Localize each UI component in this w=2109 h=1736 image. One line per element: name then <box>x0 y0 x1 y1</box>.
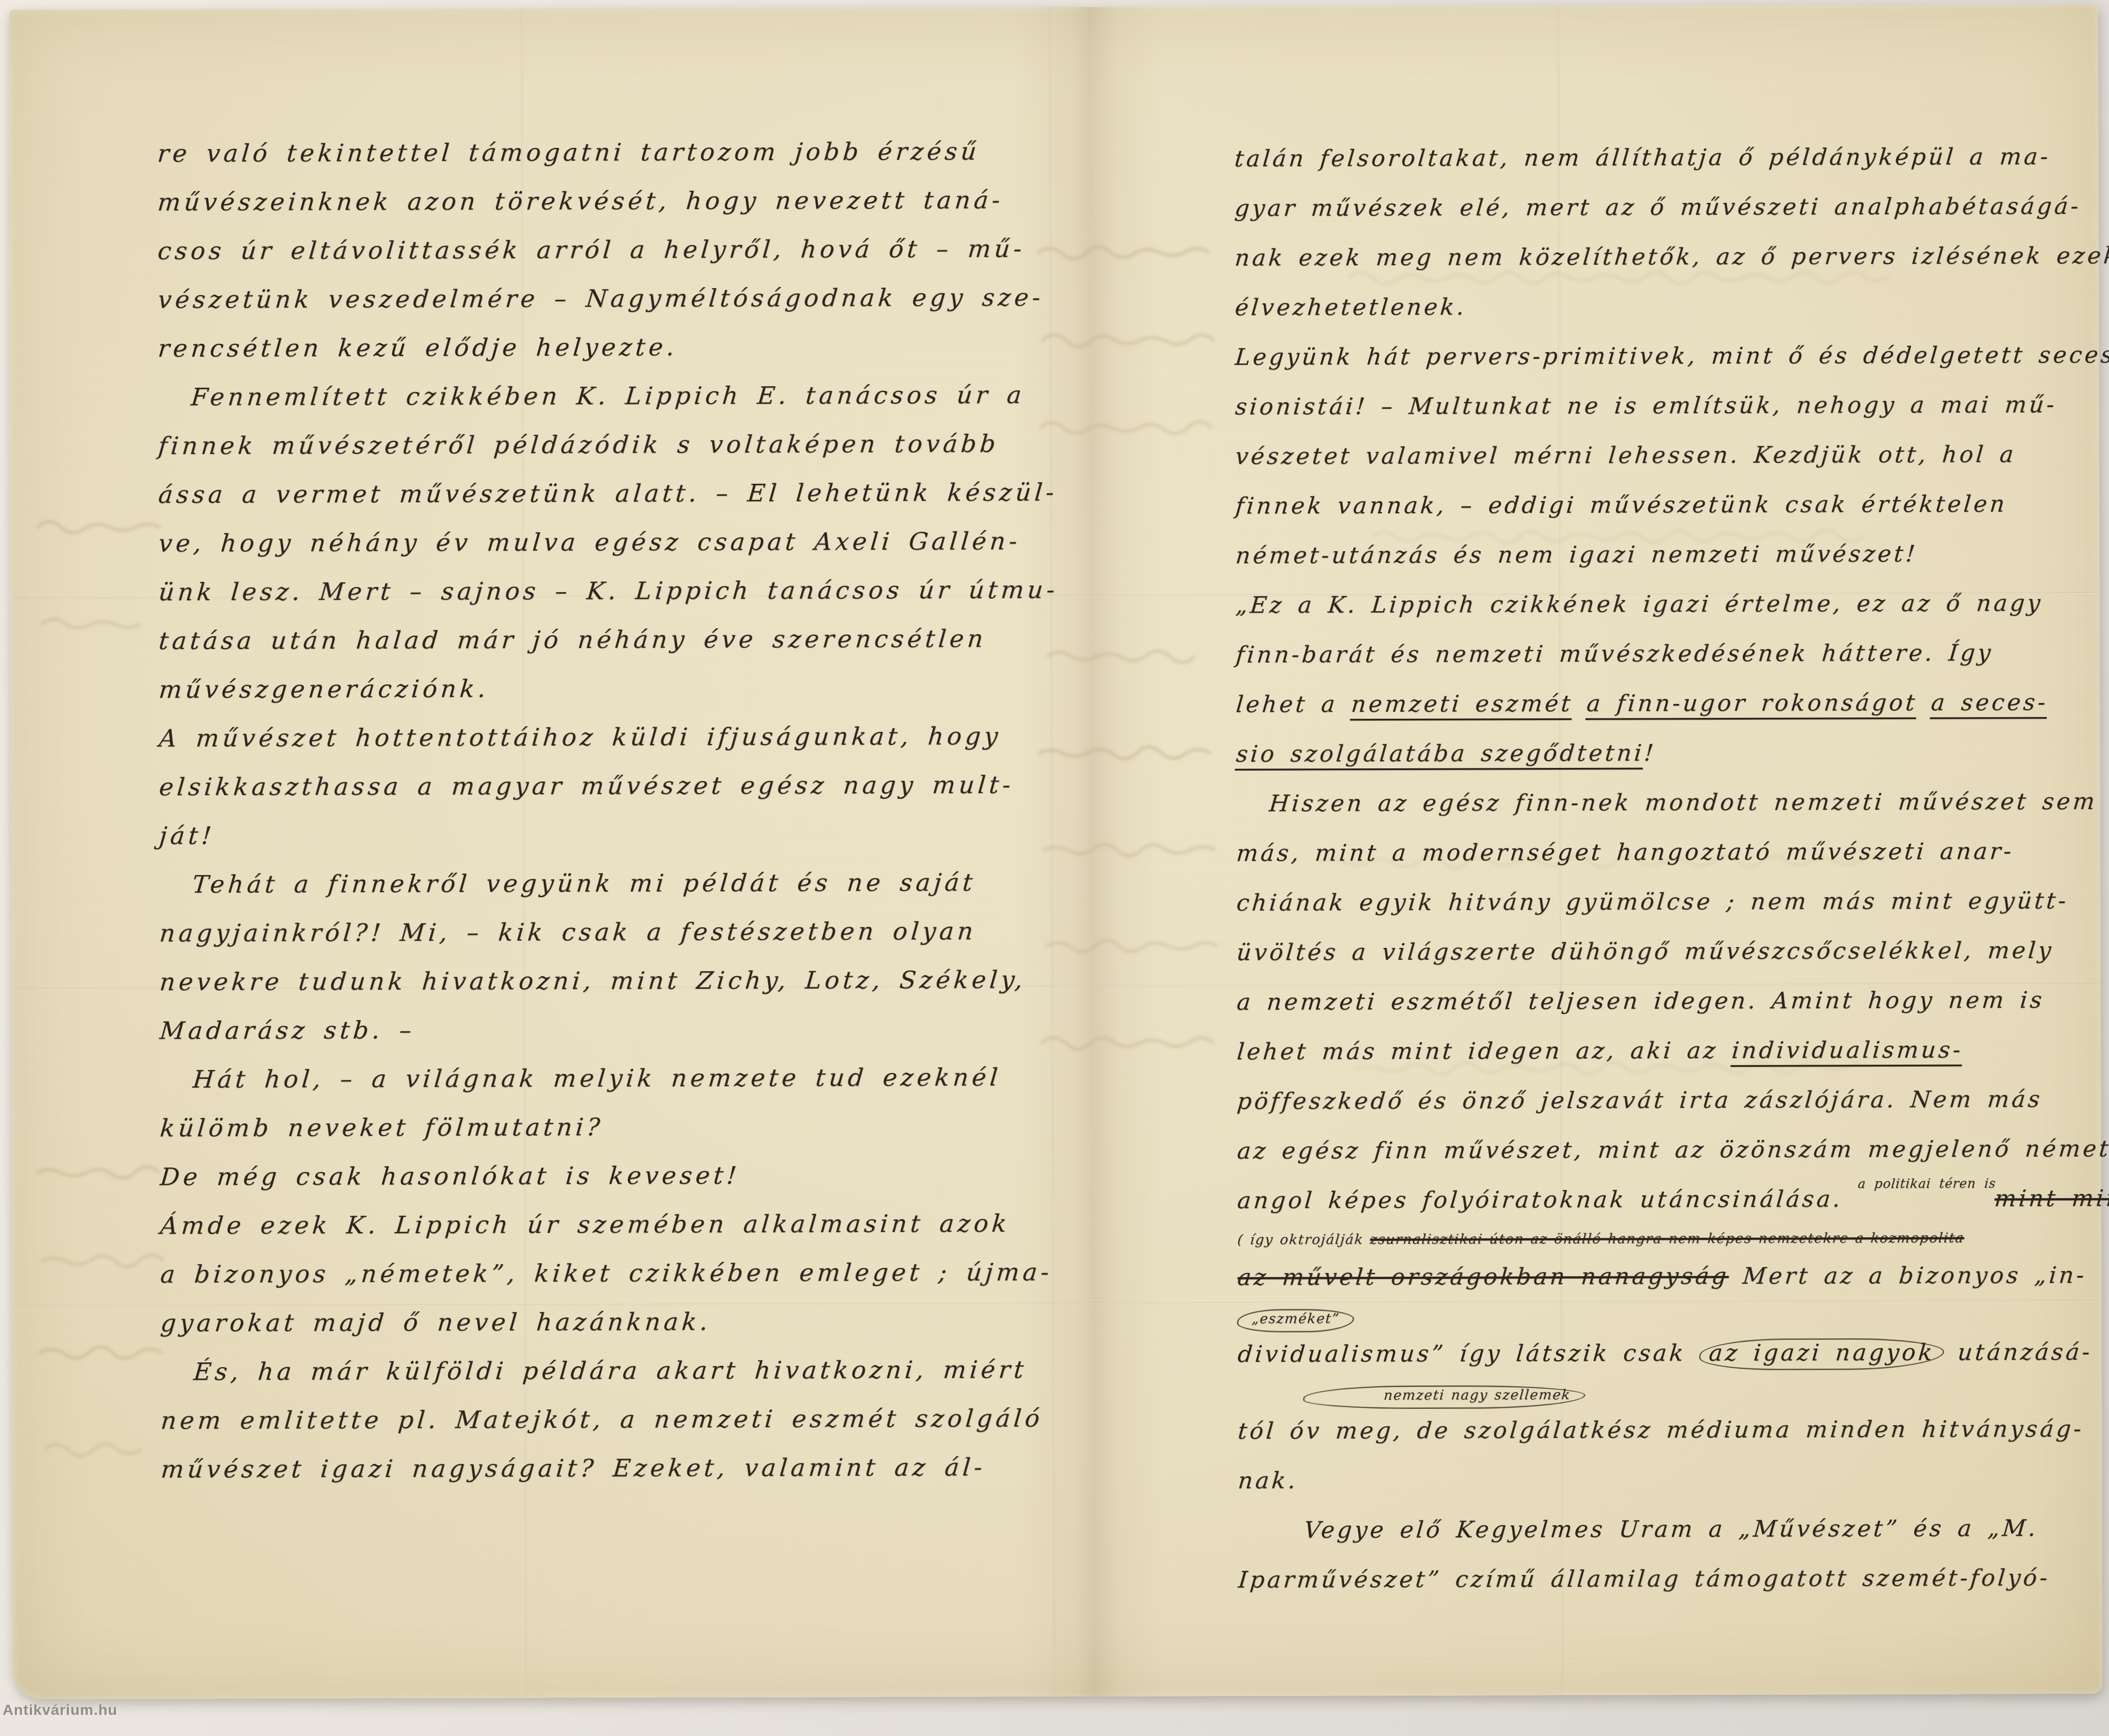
text-segment: Hiszen az egész finn-nek mondott nemzeti… <box>1268 789 2098 817</box>
text-segment: az művelt országokban nanagyság <box>1236 1263 1730 1291</box>
manuscript-line: ássa a vermet művészetünk alatt. – El le… <box>155 479 1053 530</box>
text-segment: művészgenerácziónk. <box>158 674 490 703</box>
manuscript-line: nak ezek meg nem közelíthetők, az ő perv… <box>1232 243 2100 295</box>
manuscript-line: gyar művészek elé, mert az ő művészeti a… <box>1231 194 2100 245</box>
bleedthrough-stroke <box>1040 422 1212 434</box>
bleedthrough-stroke <box>39 1347 162 1358</box>
manuscript-line: Hiszen az egész finn-nek mondott nemzeti… <box>1233 789 2102 841</box>
text-segment: chiának egyik hitvány gyümölcse ; nem má… <box>1235 888 2069 916</box>
text-segment: lehet a <box>1235 691 1353 718</box>
text-segment: ( így oktrojálják <box>1237 1232 1371 1248</box>
manuscript-line: „eszméket” <box>1236 1307 2102 1336</box>
bleedthrough-stroke <box>1041 1037 1213 1049</box>
manuscript-line: ünk lesz. Mert – sajnos – K. Lippich tan… <box>156 576 1053 627</box>
text-segment: Tehát a finnekről vegyünk mi példát és n… <box>191 868 977 898</box>
text-segment: És, ha már külföldi példára akart hivatk… <box>193 1355 1029 1386</box>
text-segment: gyar művészek elé, mert az ő művészeti a… <box>1234 193 2082 222</box>
manuscript-line: művészgenerácziónk. <box>156 674 1053 725</box>
text-segment: „Ez a K. Lippich czikkének igazi értelme… <box>1234 590 2044 619</box>
bleedthrough-stroke <box>1038 747 1210 759</box>
manuscript-line: művészet igazi nagyságait? Ezeket, valam… <box>158 1454 1055 1505</box>
text-segment: nemzeti eszmét <box>1350 691 1574 717</box>
text-segment: ássa a vermet művészetünk alatt. – El le… <box>157 478 1058 508</box>
text-segment: individualismus- <box>1731 1037 1964 1064</box>
text-segment: a nemzeti eszmétől teljesen idegen. Amin… <box>1236 987 2046 1016</box>
text-segment: külömb neveket fölmutatni? <box>159 1113 605 1142</box>
text-segment: talán felsoroltakat, nem állíthatja ő pé… <box>1234 144 2052 172</box>
text-segment: az egész finn művészet, mint az özönszám… <box>1236 1136 2109 1164</box>
text-segment: zsurnalisztikai úton az önálló hangra ne… <box>1369 1230 1965 1248</box>
text-segment: művészet igazi nagyságait? Ezeket, valam… <box>160 1453 987 1483</box>
manuscript-line: nak. <box>1235 1466 2103 1518</box>
bleedthrough-stroke <box>1042 335 1214 347</box>
text-segment: ! <box>1643 740 1657 766</box>
manuscript-line: élvezhetetlenek. <box>1232 293 2100 345</box>
manuscript-line: más, mint a modernséget hangoztató művés… <box>1233 839 2102 890</box>
manuscript-line: ve, hogy néhány év mulva egész csapat Ax… <box>156 528 1053 579</box>
text-segment: A művészet hottentottáihoz küldi ifjuság… <box>158 722 1003 752</box>
text-segment: élvezhetetlenek. <box>1234 294 1468 321</box>
manuscript-line: Tehát a finnekről vegyünk mi példát és n… <box>157 869 1054 920</box>
text-segment: angol képes folyóiratoknak utáncsinálása… <box>1236 1186 1858 1214</box>
text-segment: tatása után halad már jó néhány éve szer… <box>158 624 988 655</box>
manuscript-line: Vegye elő Kegyelmes Uram a „Művészet” és… <box>1235 1516 2103 1567</box>
bleedthrough-stroke <box>41 1255 164 1267</box>
text-segment: utánzásá- <box>1943 1339 2093 1366</box>
text-segment: nevekre tudunk hivatkozni, mint Zichy, L… <box>158 965 1027 996</box>
manuscript-line: Iparművészet” czímű államilag támogatott… <box>1235 1565 2104 1617</box>
manuscript-line: És, ha már külföldi példára akart hivatk… <box>158 1356 1055 1407</box>
bleedthrough-stroke <box>1037 246 1209 259</box>
text-segment: nemzeti nagy szellemek <box>1302 1385 1586 1409</box>
text-segment: sionistái! – Multunkat ne is említsük, n… <box>1234 392 2058 420</box>
manuscript-line: A művészet hottentottáihoz küldi ifjuság… <box>156 723 1054 774</box>
text-segment: mint mindenütt <box>1994 1185 2109 1212</box>
scanned-manuscript-photo: { "watermark": "Antikvárium.hu", "colors… <box>0 0 2109 1736</box>
bleedthrough-stroke <box>36 1167 159 1178</box>
bleedthrough-stroke <box>1043 844 1215 856</box>
manuscript-line: vészetünk veszedelmére – Nagyméltóságodn… <box>155 284 1052 335</box>
text-segment: német-utánzás és nem igazi nemzeti művés… <box>1234 541 1918 569</box>
manuscript-line: Hát hol, – a világnak melyik nemzete tud… <box>157 1064 1054 1115</box>
manuscript-line: sionistái! – Multunkat ne is említsük, n… <box>1232 392 2101 444</box>
text-segment: Legyünk hát pervers-primitivek, mint ő é… <box>1234 342 2109 371</box>
manuscript-line: angol képes folyóiratoknak utáncsinálása… <box>1234 1186 2102 1238</box>
text-segment: rencsétlen kezű elődje helyezte. <box>157 333 679 362</box>
text-segment: Hát hol, – a világnak melyik nemzete tud… <box>192 1063 1002 1093</box>
manuscript-line: művészeinknek azon törekvését, hogy neve… <box>155 187 1052 238</box>
text-segment: Mert az a bizonyos „in- <box>1728 1262 2088 1289</box>
manuscript-line: nagyjainkról?! Mi, – kik csak a festésze… <box>157 918 1054 969</box>
manuscript-line: ját! <box>156 820 1054 871</box>
text-segment: De még csak hasonlókat is keveset! <box>159 1161 741 1191</box>
text-segment: „eszméket” <box>1236 1309 1355 1332</box>
manuscript-line: nemzeti nagy szellemek <box>1236 1384 2102 1413</box>
manuscript-line: nevekre tudunk hivatkozni, mint Zichy, L… <box>157 966 1054 1017</box>
manuscript-line: chiának egyik hitvány gyümölcse ; nem má… <box>1234 888 2102 940</box>
manuscript-line: német-utánzás és nem igazi nemzeti művés… <box>1233 541 2101 593</box>
page-left-text-column: re való tekintettel támogatni tartozom j… <box>157 138 1054 1505</box>
text-segment: vészetet valamivel mérni lehessen. Kezdj… <box>1234 441 2017 470</box>
text-segment: ve, hogy néhány év mulva egész csapat Ax… <box>158 527 1022 557</box>
text-segment: lehet más mint idegen az, aki az <box>1236 1037 1733 1065</box>
manuscript-line: pöffeszkedő és önző jelszavát irta zászl… <box>1234 1087 2102 1138</box>
bleedthrough-stroke <box>42 619 140 628</box>
text-segment: más, mint a modernséget hangoztató művés… <box>1235 838 2015 867</box>
text-segment: Fennemlített czikkében K. Lippich E. tan… <box>190 381 1026 411</box>
manuscript-line: tól óv meg, de szolgálatkész médiuma min… <box>1235 1416 2103 1468</box>
manuscript-line: külömb neveket fölmutatni? <box>157 1113 1054 1163</box>
text-segment: sio szolgálatába szegődtetni <box>1235 740 1645 767</box>
text-segment: üvöltés a világszerte dühöngő művészcsőc… <box>1235 937 2055 966</box>
manuscript-line: csos úr eltávolittassék arról a helyről,… <box>155 235 1052 286</box>
bleedthrough-stroke <box>37 521 160 533</box>
manuscript-line: De még csak hasonlókat is keveset! <box>157 1161 1054 1212</box>
text-segment: gyarokat majd ő nevel hazánknak. <box>159 1307 712 1337</box>
text-segment: nagyjainkról?! Mi, – kik csak a festésze… <box>158 917 978 947</box>
manuscript-line: finnek művészetéről példázódik s voltaké… <box>155 430 1053 481</box>
manuscript-line: dividualismus” így látszik csak az igazi… <box>1234 1340 2103 1391</box>
manuscript-line: re való tekintettel támogatni tartozom j… <box>155 138 1052 189</box>
text-segment: a bizonyos „németek”, kiket czikkében em… <box>159 1258 1054 1288</box>
manuscript-line: sio szolgálatába szegődtetni! <box>1233 739 2102 791</box>
manuscript-line: lehet más mint idegen az, aki az individ… <box>1234 1037 2102 1089</box>
bleedthrough-stroke <box>1047 651 1195 663</box>
text-segment: vészetünk veszedelmére – Nagyméltóságodn… <box>157 283 1045 313</box>
manuscript-line: az művelt országokban nanagyság Mert az … <box>1234 1263 2103 1315</box>
text-segment: finnek vannak, – eddigi művészetünk csak… <box>1234 491 2008 519</box>
text-segment: Iparművészet” czímű államilag támogatott… <box>1237 1565 2051 1593</box>
text-segment: az igazi nagyok <box>1698 1338 1945 1370</box>
manuscript-line: Madarász stb. – <box>157 1015 1054 1066</box>
manuscript-line: Fennemlített czikkében K. Lippich E. tan… <box>155 382 1053 432</box>
text-segment: a finn-ugor rokonságot <box>1586 690 1918 717</box>
text-segment <box>1572 691 1588 717</box>
text-segment: ját! <box>158 821 216 850</box>
manuscript-line: „Ez a K. Lippich czikkének igazi értelme… <box>1233 591 2101 642</box>
manuscript-line: lehet a nemzeti eszmét a finn-ugor rokon… <box>1233 690 2101 742</box>
manuscript-line: gyarokat majd ő nevel hazánknak. <box>158 1307 1055 1358</box>
text-segment: finn-barát és nemzeti művészkedésének há… <box>1235 640 1994 668</box>
manuscript-line: finn-barát és nemzeti művészkedésének há… <box>1233 640 2101 692</box>
manuscript-line: a bizonyos „németek”, kiket czikkében em… <box>158 1259 1055 1310</box>
manuscript-line: üvöltés a világszerte dühöngő művészcsőc… <box>1234 938 2102 990</box>
manuscript-line: rencsétlen kezű elődje helyezte. <box>155 333 1052 384</box>
text-segment: pöffeszkedő és önző jelszavát irta zászl… <box>1236 1086 2043 1115</box>
text-segment: re való tekintettel támogatni tartozom j… <box>156 137 981 167</box>
page-right-text-column: talán felsoroltakat, nem állíthatja ő pé… <box>1234 144 2102 1617</box>
text-segment: finnek művészetéről példázódik s voltaké… <box>157 429 1000 460</box>
text-segment: csos úr eltávolittassék arról a helyről,… <box>157 234 1026 265</box>
manuscript-line: a nemzeti eszmétől teljesen idegen. Amin… <box>1234 987 2102 1039</box>
manuscript-line: Legyünk hát pervers-primitivek, mint ő é… <box>1232 342 2100 394</box>
text-segment: művészeinknek azon törekvését, hogy neve… <box>157 186 1005 216</box>
manuscript-line: tatása után halad már jó néhány éve szer… <box>156 625 1053 676</box>
text-segment: a seces- <box>1930 689 2049 716</box>
manuscript-line: talán felsoroltakat, nem állíthatja ő pé… <box>1231 144 2100 196</box>
watermark: Antikvárium.hu <box>3 1702 117 1719</box>
bleedthrough-stroke <box>44 1444 142 1456</box>
text-segment: nak. <box>1237 1468 1299 1494</box>
text-segment: dividualismus” így látszik csak <box>1237 1340 1701 1368</box>
text-segment: Vegye elő Kegyelmes Uram a „Művészet” és… <box>1303 1515 2039 1543</box>
text-segment: Ámde ezek K. Lippich úr szemében alkalma… <box>159 1209 1011 1239</box>
manuscript-line: vészetet valamivel mérni lehessen. Kezdj… <box>1232 442 2101 493</box>
manuscript-sheet: re való tekintettel támogatni tartozom j… <box>9 4 2102 1699</box>
text-segment: ünk lesz. Mert – sajnos – K. Lippich tan… <box>158 576 1059 606</box>
manuscript-line: elsikkaszthassa a magyar művészet egész … <box>156 771 1054 822</box>
text-segment: a politikai téren is <box>1857 1176 1997 1191</box>
manuscript-line: ( így oktrojálják zsurnalisztikai úton a… <box>1236 1230 2102 1260</box>
manuscript-line: finnek vannak, – eddigi művészetünk csak… <box>1232 491 2101 543</box>
manuscript-line: Ámde ezek K. Lippich úr szemében alkalma… <box>158 1210 1055 1261</box>
text-segment: elsikkaszthassa a magyar művészet egész … <box>158 771 1015 801</box>
manuscript-line: nem emlitette pl. Matejkót, a nemzeti es… <box>158 1405 1055 1456</box>
text-segment: Madarász stb. – <box>159 1016 416 1045</box>
text-segment: nak ezek meg nem közelíthetők, az ő perv… <box>1234 243 2109 271</box>
bleedthrough-stroke <box>1046 940 1218 952</box>
text-segment: nem emlitette pl. Matejkót, a nemzeti es… <box>160 1404 1044 1434</box>
text-segment: tól óv meg, de szolgálatkész médiuma min… <box>1237 1416 2085 1444</box>
